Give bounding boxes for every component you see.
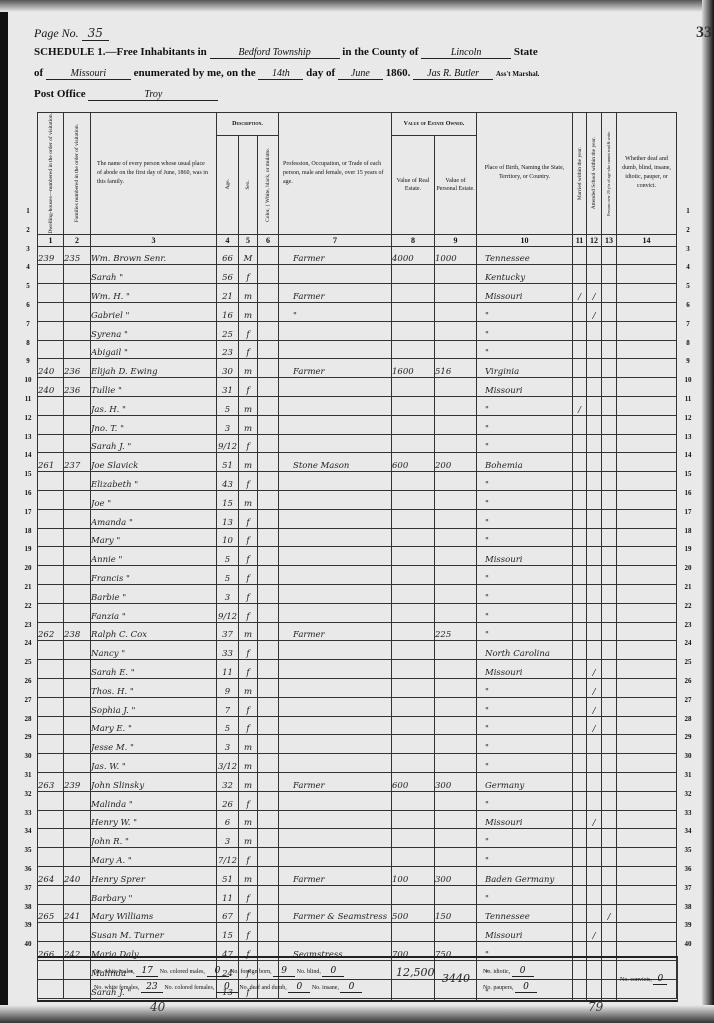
occupation-cell <box>279 716 392 735</box>
married-within-year-cell <box>573 415 587 434</box>
stamp-number: 33 <box>696 24 712 42</box>
birthplace-cell: " <box>477 622 573 641</box>
sex-cell: f <box>239 791 258 810</box>
dwelling-number-cell <box>38 472 64 491</box>
color-cell <box>258 697 279 716</box>
personal-estate-value-cell <box>435 660 477 679</box>
dwelling-number-cell <box>38 829 64 848</box>
summary-row-females: No. white females, 23 No. colored female… <box>94 982 362 993</box>
attended-school-cell <box>587 453 602 472</box>
color-cell <box>258 415 279 434</box>
line-number: 8 <box>21 339 35 347</box>
age-cell: 10 <box>217 528 239 547</box>
foreign-born-value: 9 <box>273 966 295 977</box>
occupation-cell <box>279 509 392 528</box>
personal-estate-value-cell <box>435 566 477 585</box>
real-estate-value-cell: 500 <box>392 904 435 923</box>
line-number: 12 <box>21 414 35 422</box>
personal-estate-value-cell <box>435 397 477 416</box>
year-value: 1860. <box>386 67 411 79</box>
occupation-cell <box>279 603 392 622</box>
table-row: Syrena "25f" <box>38 321 677 340</box>
birthplace-cell: Bohemia <box>477 453 573 472</box>
dwelling-number-cell <box>38 885 64 904</box>
table-row: Sophia J. "7f"/ <box>38 697 677 716</box>
line-number: 36 <box>21 865 35 873</box>
family-number-cell <box>64 697 91 716</box>
footer-right-total: 79 <box>588 1000 603 1014</box>
condition-cell <box>617 509 677 528</box>
occupation-cell <box>279 641 392 660</box>
line-number: 2 <box>21 226 35 234</box>
enumeration-line: of Missouri enumerated by me, on the 14t… <box>34 67 539 80</box>
sex-cell: f <box>239 434 258 453</box>
married-within-year-cell <box>573 472 587 491</box>
line-number: 21 <box>21 583 35 591</box>
birthplace-cell: " <box>477 303 573 322</box>
married-within-year-cell <box>573 509 587 528</box>
birthplace-cell: Baden Germany <box>477 866 573 885</box>
attended-school-cell <box>587 491 602 510</box>
married-within-year-cell <box>573 378 587 397</box>
blind-value: 0 <box>322 966 344 977</box>
person-name-cell: Wm. Brown Senr. <box>91 246 217 265</box>
family-number-cell <box>64 603 91 622</box>
column-number: 8 <box>392 234 435 246</box>
line-number: 28 <box>681 715 695 723</box>
line-number: 7 <box>681 320 695 328</box>
condition-cell <box>617 491 677 510</box>
birthplace-cell: " <box>477 585 573 604</box>
table-row: Gabriel "16m""/ <box>38 303 677 322</box>
dwelling-number-cell <box>38 547 64 566</box>
cannot-read-write-cell <box>602 697 617 716</box>
occupation-cell: Farmer <box>279 622 392 641</box>
color-cell <box>258 566 279 585</box>
person-name-cell: Sarah " <box>91 265 217 284</box>
real-estate-value-cell <box>392 810 435 829</box>
person-name-cell: Jesse M. " <box>91 735 217 754</box>
married-within-year-cell <box>573 434 587 453</box>
dwelling-number-cell <box>38 641 64 660</box>
personal-estate-value-cell <box>435 415 477 434</box>
family-number-cell <box>64 660 91 679</box>
age-cell: 21 <box>217 284 239 303</box>
attended-school-cell <box>587 622 602 641</box>
family-number-cell: 239 <box>64 772 91 791</box>
personal-estate-value-cell <box>435 585 477 604</box>
header-color: Color, { White, black, or mulatto. <box>258 135 279 234</box>
real-estate-value-cell <box>392 641 435 660</box>
county-label: in the County of <box>342 46 418 58</box>
cannot-read-write-cell <box>602 923 617 942</box>
header-estate-group: Value of Estate Owned. <box>392 113 477 136</box>
real-estate-value-cell <box>392 415 435 434</box>
paupers-value: 0 <box>515 982 537 993</box>
line-number: 19 <box>681 545 695 553</box>
table-row: 263239John Slinsky32mFarmer600300Germany <box>38 772 677 791</box>
condition-cell <box>617 904 677 923</box>
birthplace-cell: " <box>477 829 573 848</box>
person-name-cell: John Slinsky <box>91 772 217 791</box>
header-description-group: Description. <box>217 113 279 136</box>
occupation-cell <box>279 660 392 679</box>
schedule-label: SCHEDULE 1.—Free Inhabitants in <box>34 46 207 58</box>
line-number: 26 <box>21 677 35 685</box>
attended-school-cell: / <box>587 697 602 716</box>
condition-cell <box>617 603 677 622</box>
real-estate-value-cell <box>392 303 435 322</box>
line-number: 31 <box>21 771 35 779</box>
cannot-read-write-cell <box>602 603 617 622</box>
family-number-cell <box>64 509 91 528</box>
condition-cell <box>617 472 677 491</box>
birthplace-cell: Tennessee <box>477 246 573 265</box>
table-row: 265241Mary Williams67fFarmer & Seamstres… <box>38 904 677 923</box>
birthplace-cell: " <box>477 754 573 773</box>
family-number-cell <box>64 923 91 942</box>
line-number: 27 <box>681 696 695 704</box>
condition-cell <box>617 434 677 453</box>
table-row: Fanzia "9/12f" <box>38 603 677 622</box>
cannot-read-write-cell <box>602 679 617 698</box>
attended-school-cell <box>587 378 602 397</box>
birthplace-cell: " <box>477 735 573 754</box>
person-name-cell: Mary Williams <box>91 904 217 923</box>
line-number: 33 <box>681 809 695 817</box>
family-number-cell <box>64 491 91 510</box>
cannot-read-write-cell <box>602 397 617 416</box>
attended-school-cell <box>587 735 602 754</box>
line-number: 11 <box>681 395 695 403</box>
person-name-cell: Sarah E. " <box>91 660 217 679</box>
line-number: 37 <box>21 884 35 892</box>
table-row: 264240Henry Sprer51mFarmer100300Baden Ge… <box>38 866 677 885</box>
attended-school-cell <box>587 885 602 904</box>
real-estate-value-cell: 600 <box>392 772 435 791</box>
person-name-cell: Fanzia " <box>91 603 217 622</box>
personal-estate-value-cell: 225 <box>435 622 477 641</box>
line-number: 32 <box>21 790 35 798</box>
age-cell: 67 <box>217 904 239 923</box>
table-row: Wm. H. "21mFarmerMissouri// <box>38 284 677 303</box>
occupation-cell <box>279 528 392 547</box>
birthplace-cell: North Carolina <box>477 641 573 660</box>
attended-school-cell <box>587 359 602 378</box>
birthplace-cell: " <box>477 697 573 716</box>
attended-school-cell <box>587 772 602 791</box>
dwelling-number-cell <box>38 697 64 716</box>
dwelling-number-cell <box>38 660 64 679</box>
occupation-cell <box>279 679 392 698</box>
table-row: John R. "3m" <box>38 829 677 848</box>
line-number: 5 <box>681 282 695 290</box>
dwelling-number-cell <box>38 679 64 698</box>
personal-estate-value-cell <box>435 754 477 773</box>
married-within-year-cell: / <box>573 284 587 303</box>
dwelling-number-cell: 240 <box>38 359 64 378</box>
dwelling-number-cell <box>38 754 64 773</box>
personal-estate-value-cell: 150 <box>435 904 477 923</box>
age-cell: 32 <box>217 772 239 791</box>
header-name: The name of every person whose usual pla… <box>91 113 217 235</box>
line-number: 12 <box>681 414 695 422</box>
attended-school-cell <box>587 603 602 622</box>
married-within-year-cell <box>573 491 587 510</box>
family-number-cell <box>64 791 91 810</box>
personal-estate-value-cell <box>435 848 477 867</box>
color-cell <box>258 754 279 773</box>
personal-estate-value-cell: 1000 <box>435 246 477 265</box>
line-number: 18 <box>681 527 695 535</box>
scan-bottom-shade <box>0 1005 714 1023</box>
person-name-cell: Susan M. Turner <box>91 923 217 942</box>
color-cell <box>258 603 279 622</box>
sex-cell: m <box>239 866 258 885</box>
line-number: 23 <box>681 621 695 629</box>
line-number: 6 <box>681 301 695 309</box>
real-estate-value-cell <box>392 603 435 622</box>
age-cell: 11 <box>217 885 239 904</box>
occupation-cell <box>279 397 392 416</box>
summary-divider <box>476 958 477 1000</box>
person-name-cell: Annie " <box>91 547 217 566</box>
sex-cell: m <box>239 829 258 848</box>
dwelling-number-cell <box>38 848 64 867</box>
birthplace-cell: Missouri <box>477 284 573 303</box>
line-number: 19 <box>21 545 35 553</box>
sex-cell: m <box>239 359 258 378</box>
line-number: 9 <box>681 357 695 365</box>
table-row: Annie "5fMissouri <box>38 547 677 566</box>
occupation-cell <box>279 885 392 904</box>
line-number: 30 <box>21 752 35 760</box>
birthplace-cell: " <box>477 716 573 735</box>
condition-cell <box>617 359 677 378</box>
summary-convicts: No. convicts, 0 <box>620 974 667 985</box>
married-within-year-cell <box>573 246 587 265</box>
post-office-label: Post Office <box>34 88 86 100</box>
line-number: 40 <box>21 940 35 948</box>
line-number: 15 <box>21 470 35 478</box>
line-number: 11 <box>21 395 35 403</box>
person-name-cell: Mary A. " <box>91 848 217 867</box>
married-within-year-cell <box>573 885 587 904</box>
sex-cell: f <box>239 340 258 359</box>
person-name-cell: Thos. H. " <box>91 679 217 698</box>
dwelling-number-cell <box>38 810 64 829</box>
married-within-year-cell <box>573 303 587 322</box>
deaf-dumb-value: 0 <box>288 982 310 993</box>
sex-cell: m <box>239 772 258 791</box>
personal-estate-value-cell <box>435 829 477 848</box>
occupation-cell <box>279 321 392 340</box>
column-number: 11 <box>573 234 587 246</box>
real-estate-value-cell <box>392 848 435 867</box>
person-name-cell: Mary " <box>91 528 217 547</box>
age-cell: 30 <box>217 359 239 378</box>
married-within-year-cell <box>573 585 587 604</box>
summary-divider <box>572 958 573 1000</box>
attended-school-cell <box>587 866 602 885</box>
day-of-label: day of <box>306 67 335 79</box>
table-row: Joe "15m" <box>38 491 677 510</box>
cannot-read-write-cell <box>602 791 617 810</box>
cannot-read-write-cell <box>602 829 617 848</box>
column-number: 4 <box>217 234 239 246</box>
cannot-read-write-cell <box>602 359 617 378</box>
enumerated-label: enumerated by me, on the <box>134 67 256 79</box>
real-estate-value-cell <box>392 340 435 359</box>
table-row: Nancy "33fNorth Carolina <box>38 641 677 660</box>
line-number: 24 <box>21 639 35 647</box>
real-estate-value-cell <box>392 434 435 453</box>
summary-idiotic: No. idiotic, 0 <box>483 966 534 977</box>
person-name-cell: Sarah J. " <box>91 434 217 453</box>
person-name-cell: Abigail " <box>91 340 217 359</box>
person-name-cell: Wm. H. " <box>91 284 217 303</box>
personal-estate-value-cell <box>435 791 477 810</box>
condition-cell <box>617 697 677 716</box>
person-name-cell: Elijah D. Ewing <box>91 359 217 378</box>
line-number: 4 <box>21 263 35 271</box>
birthplace-cell: " <box>477 603 573 622</box>
color-cell <box>258 735 279 754</box>
condition-cell <box>617 866 677 885</box>
family-number-cell <box>64 528 91 547</box>
line-number: 35 <box>21 846 35 854</box>
occupation-cell <box>279 415 392 434</box>
real-estate-value-cell <box>392 491 435 510</box>
occupation-cell: Farmer <box>279 359 392 378</box>
line-number: 9 <box>21 357 35 365</box>
dwelling-number-cell <box>38 265 64 284</box>
dwelling-number-cell <box>38 415 64 434</box>
line-number: 1 <box>681 207 695 215</box>
person-name-cell: Nancy " <box>91 641 217 660</box>
sex-cell: m <box>239 810 258 829</box>
occupation-cell <box>279 697 392 716</box>
sex-cell: m <box>239 415 258 434</box>
condition-cell <box>617 679 677 698</box>
condition-cell <box>617 284 677 303</box>
color-cell <box>258 265 279 284</box>
color-cell <box>258 547 279 566</box>
occupation-cell <box>279 547 392 566</box>
occupation-cell <box>279 472 392 491</box>
condition-cell <box>617 810 677 829</box>
line-number: 1 <box>21 207 35 215</box>
cannot-read-write-cell <box>602 810 617 829</box>
occupation-cell <box>279 378 392 397</box>
summary-divider <box>616 958 617 1000</box>
personal-estate-value-cell <box>435 284 477 303</box>
age-cell: 3 <box>217 735 239 754</box>
family-number-cell <box>64 679 91 698</box>
scan-right-edge <box>702 0 714 1023</box>
page-number-value: 35 <box>82 26 109 41</box>
married-within-year-cell <box>573 923 587 942</box>
condition-cell <box>617 641 677 660</box>
line-number: 34 <box>681 827 695 835</box>
married-within-year-cell <box>573 697 587 716</box>
insane-value: 0 <box>340 982 362 993</box>
family-number-cell <box>64 397 91 416</box>
personal-estate-value-cell <box>435 472 477 491</box>
cannot-read-write-cell <box>602 866 617 885</box>
cannot-read-write-cell <box>602 716 617 735</box>
table-row: Amanda "13f" <box>38 509 677 528</box>
sex-cell: f <box>239 716 258 735</box>
color-cell <box>258 472 279 491</box>
header-birthplace: Place of Birth, Naming the State, Territ… <box>477 113 573 235</box>
birthplace-cell: " <box>477 509 573 528</box>
sex-cell: f <box>239 321 258 340</box>
color-cell <box>258 284 279 303</box>
person-name-cell: Francis " <box>91 566 217 585</box>
post-office-line: Post Office Troy <box>34 88 218 101</box>
real-estate-value-cell <box>392 716 435 735</box>
sex-cell: m <box>239 284 258 303</box>
family-number-cell <box>64 265 91 284</box>
line-number: 29 <box>681 733 695 741</box>
married-within-year-cell <box>573 810 587 829</box>
occupation-cell <box>279 735 392 754</box>
married-within-year-cell <box>573 566 587 585</box>
column-number: 2 <box>64 234 91 246</box>
birthplace-cell: " <box>477 434 573 453</box>
dwelling-number-cell <box>38 735 64 754</box>
table-row: Malinda "26f" <box>38 791 677 810</box>
age-cell: 3/12 <box>217 754 239 773</box>
condition-cell <box>617 735 677 754</box>
occupation-cell <box>279 585 392 604</box>
married-within-year-cell <box>573 528 587 547</box>
state-value: Missouri <box>46 68 131 80</box>
family-number-cell: 240 <box>64 866 91 885</box>
line-number: 37 <box>681 884 695 892</box>
married-within-year-cell <box>573 340 587 359</box>
condition-cell <box>617 660 677 679</box>
married-within-year-cell <box>573 359 587 378</box>
header-age: Age. <box>217 135 239 234</box>
line-number: 31 <box>681 771 695 779</box>
cannot-read-write-cell <box>602 585 617 604</box>
birthplace-cell: " <box>477 491 573 510</box>
age-cell: 15 <box>217 491 239 510</box>
cannot-read-write-cell <box>602 772 617 791</box>
real-estate-value-cell <box>392 585 435 604</box>
condition-cell <box>617 772 677 791</box>
occupation-cell: " <box>279 303 392 322</box>
real-estate-value-cell <box>392 923 435 942</box>
personal-estate-value-cell <box>435 321 477 340</box>
color-cell <box>258 829 279 848</box>
birthplace-cell: " <box>477 679 573 698</box>
occupation-cell <box>279 340 392 359</box>
occupation-cell <box>279 434 392 453</box>
line-number: 14 <box>21 451 35 459</box>
age-cell: 37 <box>217 622 239 641</box>
person-name-cell: Henry W. " <box>91 810 217 829</box>
column-number: 9 <box>435 234 477 246</box>
colored-females-value: 0 <box>216 982 238 993</box>
sex-cell: f <box>239 923 258 942</box>
personal-estate-value-cell: 300 <box>435 866 477 885</box>
header-school: Attended School within the year. <box>587 113 602 235</box>
dwelling-number-cell <box>38 716 64 735</box>
dwelling-number-cell: 263 <box>38 772 64 791</box>
